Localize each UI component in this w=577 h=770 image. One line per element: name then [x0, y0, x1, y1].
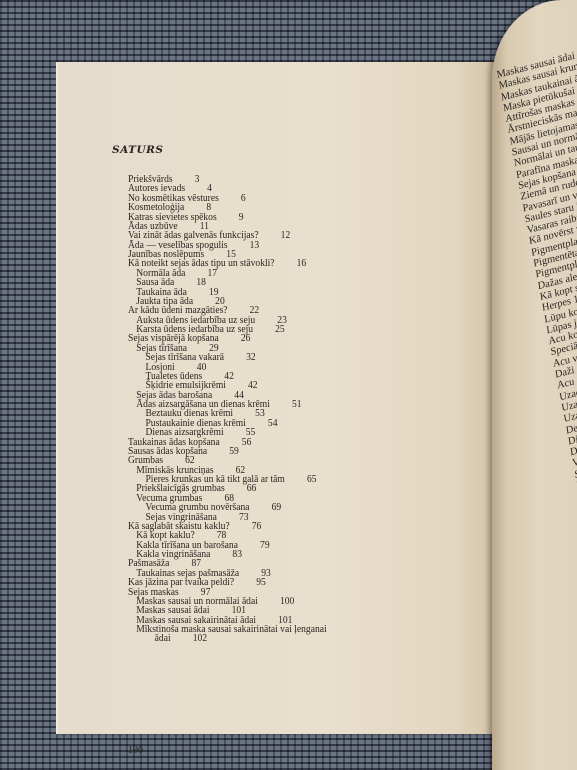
toc-entry-page: 3	[195, 174, 200, 185]
toc-entry-page: 53	[255, 408, 265, 419]
toc-entry-page: 42	[248, 380, 258, 391]
toc-entry: Normāla āda17	[128, 269, 459, 278]
table-of-contents: Priekšvārds3Autores ievads4No kosmētikas…	[128, 175, 459, 644]
toc-entry-page: 102	[193, 633, 207, 644]
toc-entry-page: 18	[196, 277, 206, 288]
toc-entry-page: 6	[241, 193, 246, 204]
toc-entry-page: 65	[307, 474, 317, 485]
toc-entry-page: 54	[268, 418, 278, 429]
toc-entry-page: 73	[239, 512, 249, 523]
toc-entry: Kakla vingrināšana83	[128, 550, 459, 559]
right-book-page-curled: Maskas sausai ādaiMaskas sausai krunMask…	[492, 0, 577, 770]
toc-entry-page: 9	[239, 212, 244, 223]
toc-entry-page: 12	[281, 230, 291, 241]
toc-entry-page: 16	[297, 258, 307, 269]
toc-entry-page: 69	[272, 502, 282, 513]
toc-entry-continuation-text: ādai	[155, 633, 171, 644]
toc-entry: Mīkstinoša maska sausai sakairinātai vai…	[128, 625, 459, 644]
contents-heading: SATURS	[112, 144, 163, 156]
toc-entry-page: 51	[292, 399, 302, 410]
right-page-contents-continuation: Maskas sausai ādaiMaskas sausai krunMask…	[496, 42, 577, 678]
toc-entry-page: 66	[247, 483, 257, 494]
toc-entry-page: 26	[241, 333, 251, 344]
toc-entry: Sausas ādas kopšana59	[128, 447, 459, 456]
toc-entry: Sejas tīrīšana vakarā32	[128, 353, 459, 362]
toc-entry-page: 79	[260, 540, 270, 551]
toc-entry-page: 83	[232, 549, 242, 560]
page-number: 190	[128, 745, 143, 756]
left-book-page: SATURS Priekšvārds3Autores ievads4No kos…	[58, 62, 510, 734]
toc-entry-page: 100	[280, 596, 294, 607]
toc-entry-page: 59	[229, 446, 239, 457]
toc-entry-page: 95	[256, 577, 266, 588]
toc-entry-page: 25	[275, 324, 285, 335]
toc-entry-page: 56	[242, 437, 252, 448]
toc-entry-page: 32	[246, 352, 256, 363]
toc-entry-page: 13	[250, 240, 260, 251]
toc-entry-continuation: ādai102	[136, 634, 459, 643]
toc-entry-page: 17	[207, 268, 217, 279]
toc-entry-page: 76	[252, 521, 262, 532]
